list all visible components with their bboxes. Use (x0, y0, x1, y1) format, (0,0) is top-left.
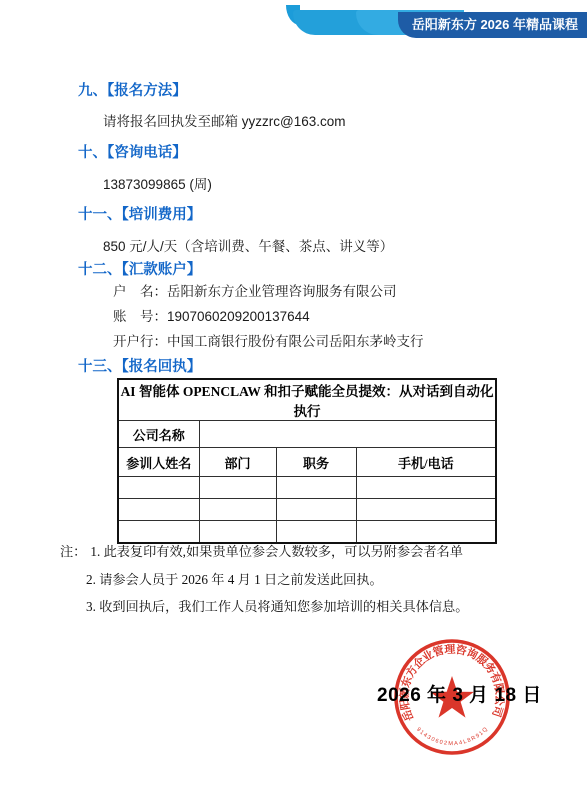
banner-title: 岳阳新东方 2026 年精品课程 (412, 17, 578, 32)
section-11-body: 850 元/人/天（含培训费、午餐、茶点、讲义等） (103, 235, 393, 255)
col-header-department: 部门 (199, 448, 276, 477)
blank-cell (356, 499, 496, 521)
table-row (118, 477, 496, 499)
table-title-row: AI 智能体 OPENCLAW 和扣子赋能全员提效：从对话到自动化执行 (118, 379, 496, 421)
account-name-line: 户 名：岳阳新东方企业管理咨询服务有限公司 (113, 280, 397, 300)
blank-cell (276, 499, 356, 521)
section-11-heading: 十一、【培训费用】 (78, 203, 201, 224)
section-9-body: 请将报名回执发至邮箱 yyzzrc@163.com (103, 110, 345, 130)
blank-cell (118, 477, 199, 499)
note-line-1: 注：1. 此表复印有效,如果贵单位参会人数较多，可以另附参会者名单 (60, 538, 468, 566)
section-10-heading: 十、【咨询电话】 (78, 141, 187, 162)
notes-label: 注： (60, 544, 86, 559)
company-name-blank-cell (199, 421, 496, 448)
note-item-3: 3. 收到回执后，我们工作人员将通知您参加培训的相关具体信息。 (86, 593, 468, 621)
section-10-body: 13873099865 (周) (103, 173, 212, 193)
note-item-1: 1. 此表复印有效,如果贵单位参会人数较多，可以另附参会者名单 (90, 544, 463, 559)
blank-cell (356, 477, 496, 499)
date-stamp: 2026 年 3 月 18 日 (377, 680, 542, 707)
registration-reply-table: AI 智能体 OPENCLAW 和扣子赋能全员提效：从对话到自动化执行 公司名称… (117, 378, 497, 544)
document-page: 岳阳新东方 2026 年精品课程 九、【报名方法】 请将报名回执发至邮箱 yyz… (0, 0, 587, 789)
note-item-2: 2. 请参会人员于 2026 年 4 月 1 日之前发送此回执。 (86, 566, 468, 594)
notes-block: 注：1. 此表复印有效,如果贵单位参会人数较多，可以另附参会者名单 2. 请参会… (60, 538, 468, 621)
blank-cell (276, 477, 356, 499)
table-header-row: 参训人姓名 部门 职务 手机/电话 (118, 448, 496, 477)
col-header-attendee-name: 参训人姓名 (118, 448, 199, 477)
blank-cell (199, 499, 276, 521)
company-name-label: 公司名称 (118, 421, 199, 448)
section-9-heading: 九、【报名方法】 (78, 79, 187, 100)
banner-title-bar: 岳阳新东方 2026 年精品课程 (398, 12, 587, 38)
table-row (118, 499, 496, 521)
seal-code-text: 91430602MA4L8R91Q (415, 726, 489, 747)
account-bank-line: 开户行：中国工商银行股份有限公司岳阳东茅岭支行 (113, 330, 424, 350)
company-name-row: 公司名称 (118, 421, 496, 448)
account-number-line: 账 号：1907060209200137644 (113, 305, 310, 325)
section-13-heading: 十三、【报名回执】 (78, 355, 201, 376)
table-title: AI 智能体 OPENCLAW 和扣子赋能全员提效：从对话到自动化执行 (118, 379, 496, 421)
col-header-position: 职务 (276, 448, 356, 477)
blank-cell (199, 477, 276, 499)
section-12-heading: 十二、【汇款账户】 (78, 258, 201, 279)
col-header-phone: 手机/电话 (356, 448, 496, 477)
blank-cell (118, 499, 199, 521)
